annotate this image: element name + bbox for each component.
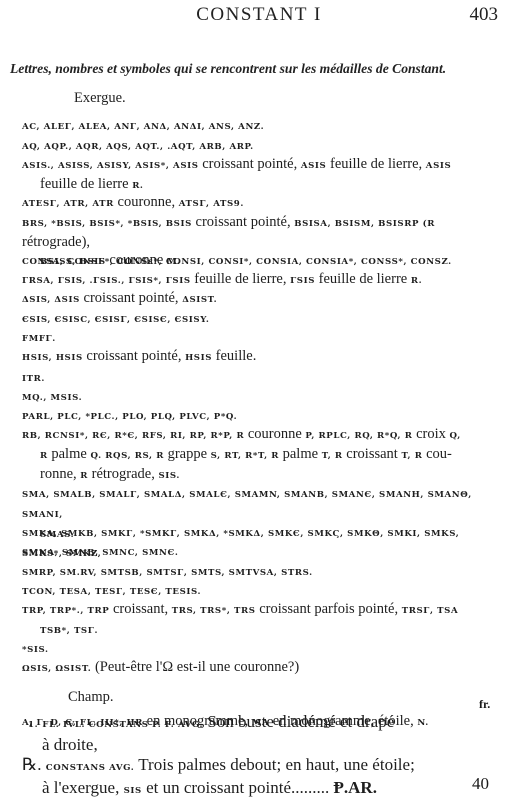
exergue-line: HSIS, HSIS croissant pointé, HSIS feuill… (22, 347, 494, 367)
exergue-line: ATESΓ, ATR, ATR couronne, ATSΓ, ATS9. (22, 193, 494, 213)
exergue-line: ASIS., ASISS, ASISY, ASIS*, ASIS croissa… (22, 155, 494, 195)
catalogue-entry-obverse: 1. FL. IVL. CONSTANS P. F. AVG. Son bust… (28, 712, 468, 754)
exergue-line: AQ, AQP., AQR, AQS, AQT., .AQT, ARB, ARP… (22, 136, 494, 156)
exergue-line: SMNA, SMNB, SMNC, SMNЄ. (22, 542, 494, 562)
heading-exergue: Exergue. (74, 90, 126, 107)
page-number: 403 (470, 4, 499, 26)
exergue-line: AC, ALEΓ, ALEA, ANΓ, ANΔ, ANΔI, ANS, ANZ… (22, 116, 494, 136)
exergue-line: MQ., MSIS. (22, 387, 494, 407)
section-intro: Lettres, nombres et symboles qui se renc… (10, 61, 510, 77)
exergue-line: ITR. (22, 368, 494, 388)
exergue-line: SMRP, SM.RV, SMTSB, SMTSΓ, SMTS, SMTVSA,… (22, 562, 494, 582)
exergue-line: ЄSIS, ЄSISC, ЄSISΓ, ЄSISЄ, ЄSISY. (22, 309, 494, 329)
price-column-header: fr. (479, 697, 490, 712)
exergue-line: CONSA, CONSΓ*, CONSε*, CONSI, CONSI*, CO… (22, 251, 494, 271)
exergue-line: RB, RCNSI*, RЄ, R*Є, RFS, RI, RP, R*P, R… (22, 425, 494, 485)
exergue-line: ΔSIS, ΔSIS croissant pointé, ΔSIST. (22, 289, 494, 309)
exergue-line: TCON, TESA, TESΓ, TESЄ, TESIS. (22, 581, 494, 601)
exergue-line: PARL, PLC, *PLC., PLO, PLQ, PLVC, P*Q. (22, 406, 494, 426)
exergue-line: TRP, TRP*., TRP croissant, TRS, TRS*, TR… (22, 600, 494, 640)
exergue-line: ΓRSA, ΓSIS, .ΓSIS., ΓSIS*, ΓSIS feuille … (22, 270, 494, 290)
running-header-title: CONSTANT I (0, 4, 518, 26)
heading-champ: Champ. (68, 689, 114, 706)
rarity-metal-mark: Ᵽ.AR. (334, 778, 377, 797)
exergue-line: *SIS. (22, 639, 494, 659)
catalogue-entry-reverse: ℞. CONSTANS AVG. Trois palmes debout; en… (22, 755, 462, 801)
exergue-line: ΩSIS, ΩSIST. (Peut-être l'Ω est-il une c… (22, 658, 494, 678)
exergue-line: FMFΓ. (22, 328, 494, 348)
book-page: CONSTANT I 403 Lettres, nombres et symbo… (0, 0, 518, 812)
price-value: 40 (472, 774, 489, 794)
reverse-mark: ℞. (22, 755, 42, 774)
